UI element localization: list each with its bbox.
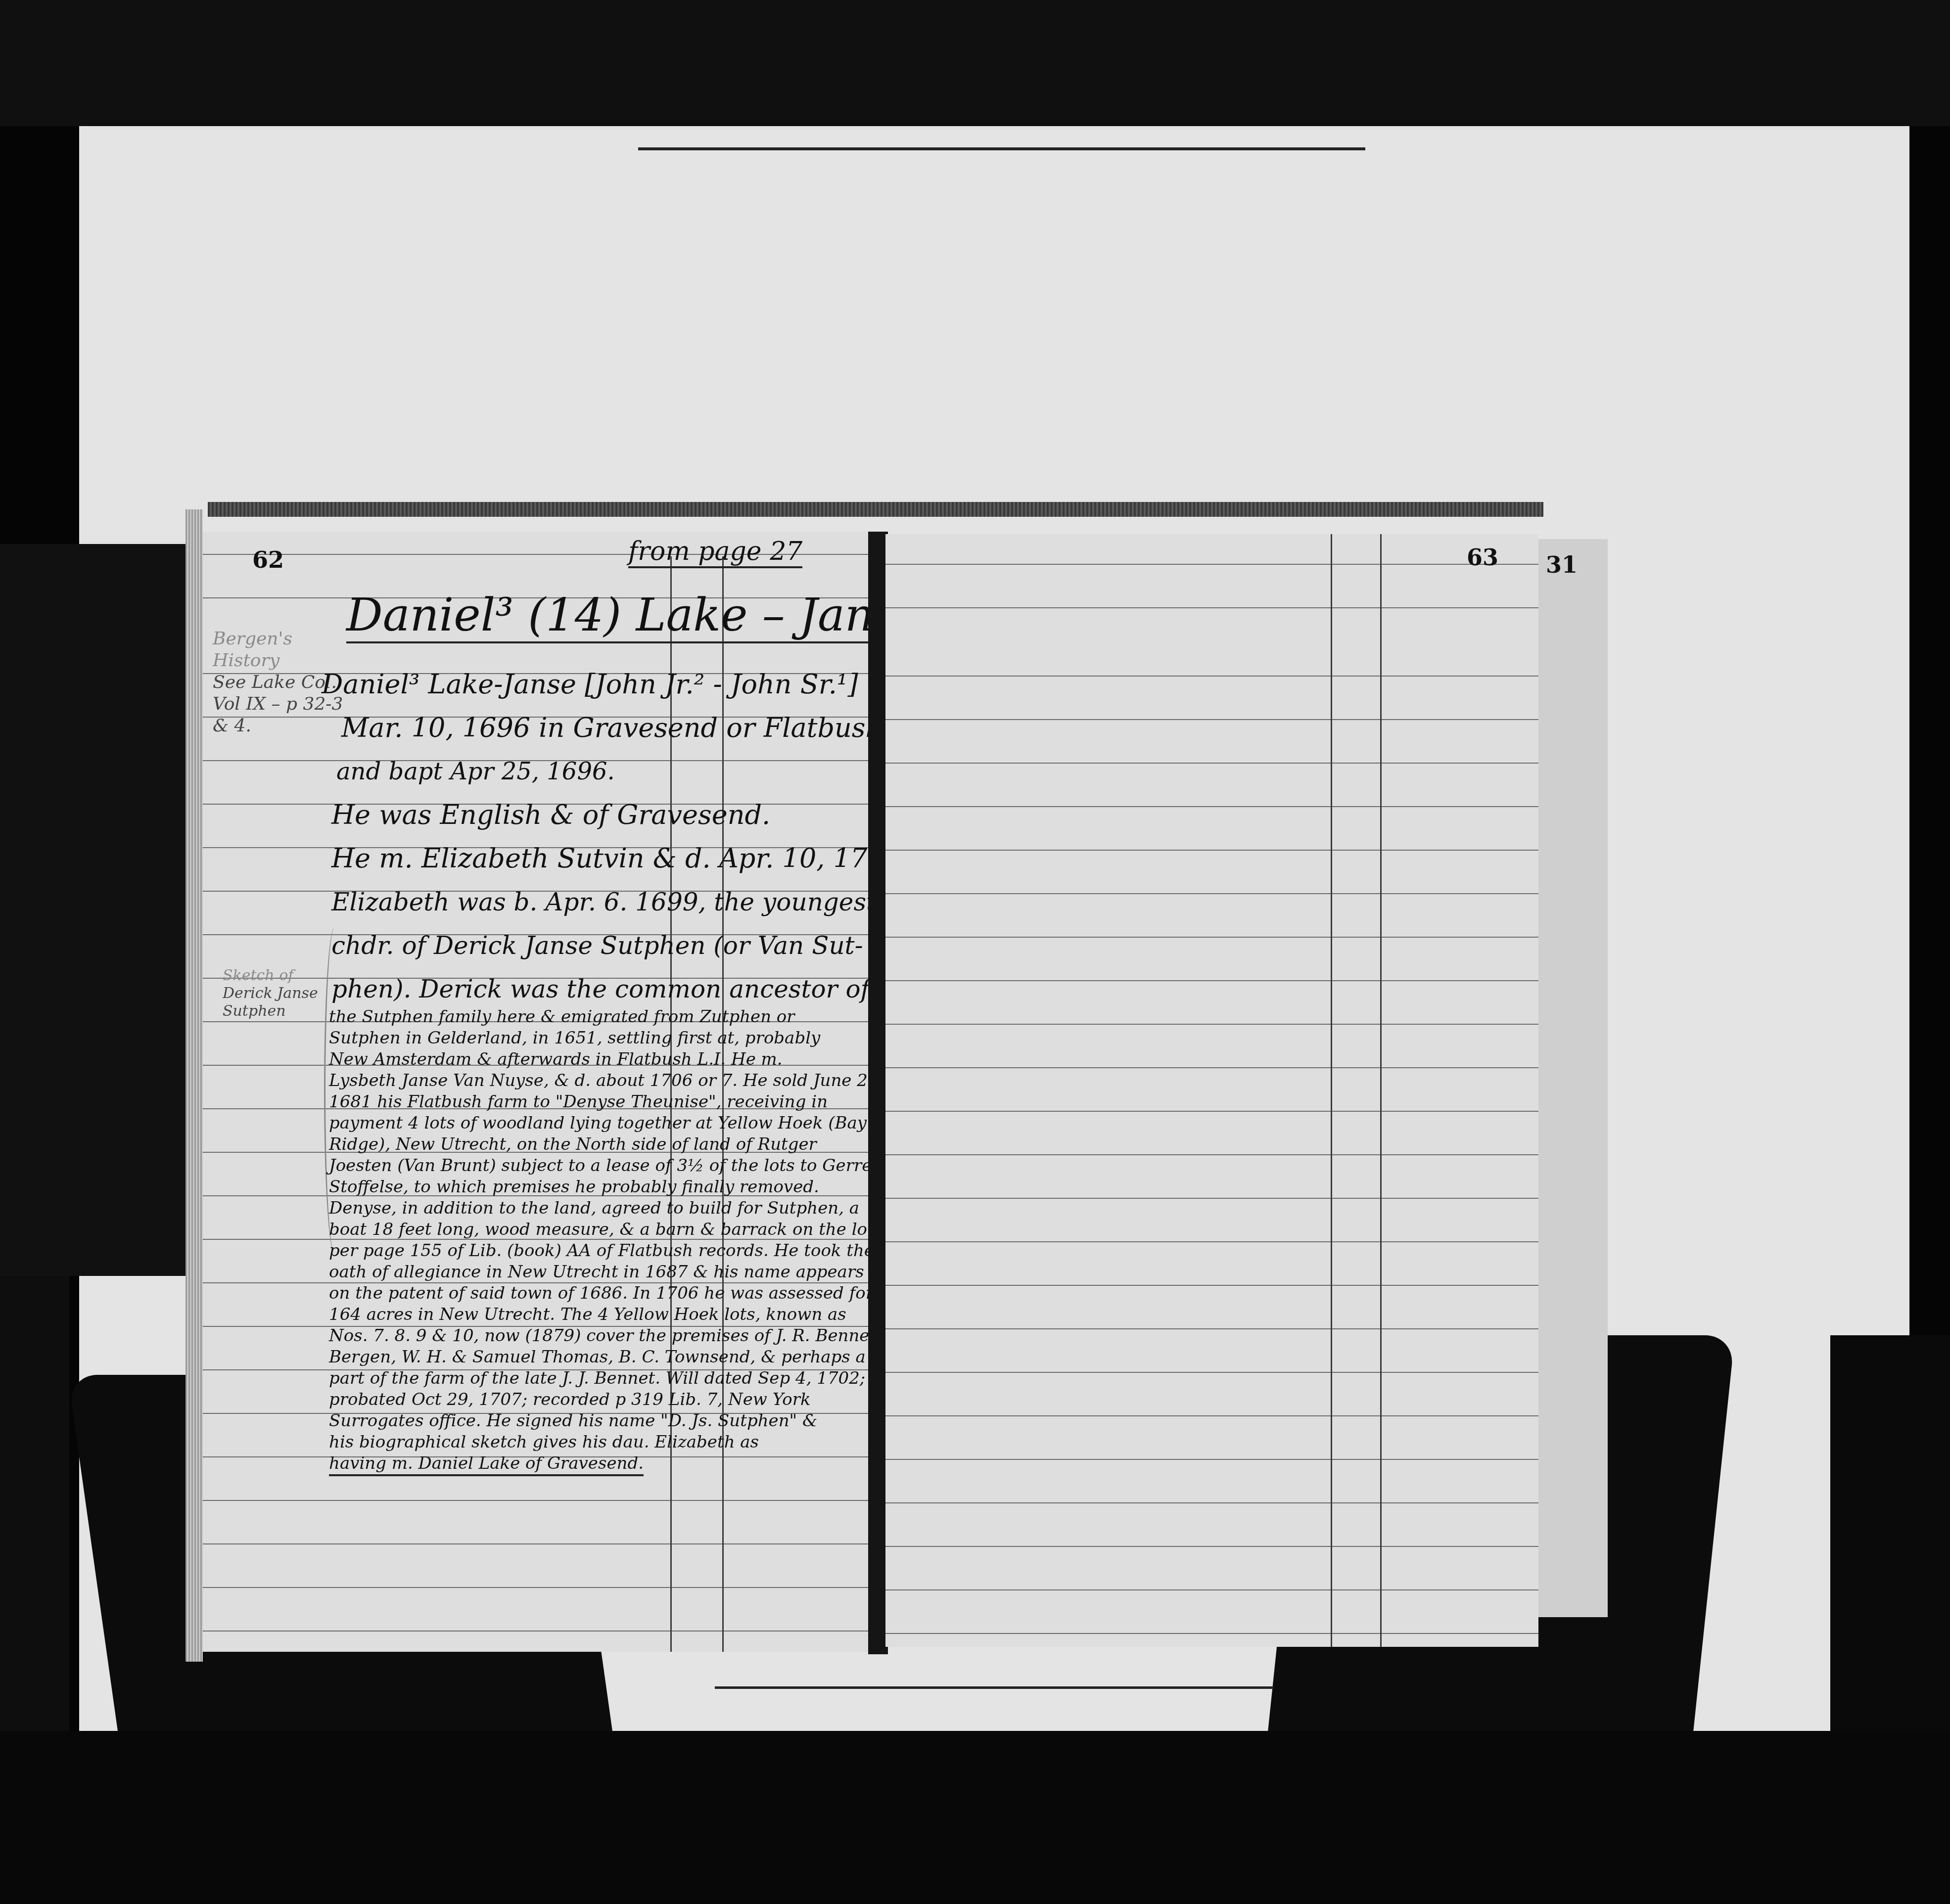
cross-reference: from page 27 <box>628 537 802 568</box>
sketch-line: Ridge), New Utrecht, on the North side o… <box>329 1134 921 1155</box>
column-rule-2 <box>1380 534 1382 1647</box>
entry-body: Daniel³ Lake-Janse [John Jr.² - John Sr.… <box>322 663 953 1011</box>
mount-rule-bottom <box>715 1686 1274 1689</box>
entry-line: He m. Elizabeth Sutvin & d. Apr. 10, 177… <box>322 837 953 880</box>
sketch-line: New Amsterdam & afterwards in Flatbush L… <box>329 1049 921 1070</box>
margin-note-line: Bergen's <box>213 628 343 650</box>
entry-title: Daniel³ (14) Lake – Janse <box>346 589 925 643</box>
sketch-line: Joesten (Van Brunt) subject to a lease o… <box>329 1155 921 1177</box>
entry-line: phen). Derick was the common ancestor of <box>322 967 953 1011</box>
book-gutter <box>868 532 888 1654</box>
margin-note-line: Derick Janse <box>223 985 318 1002</box>
sketch-line: Denyse, in addition to the land, agreed … <box>329 1198 921 1219</box>
column-rule-1 <box>1331 534 1332 1647</box>
sketch-line: payment 4 lots of woodland lying togethe… <box>329 1113 921 1134</box>
book-page-edges <box>186 509 203 1662</box>
entry-line: Elizabeth was b. Apr. 6. 1699, the young… <box>322 880 953 924</box>
sketch-line: 1681 his Flatbush farm to "Denyse Theuni… <box>329 1091 921 1113</box>
right-page: 63 <box>885 534 1538 1647</box>
sketch-line: boat 18 feet long, wood measure, & a bar… <box>329 1219 921 1240</box>
scan-frame-top <box>0 0 1950 126</box>
entry-line: Daniel³ Lake-Janse [John Jr.² - John Sr.… <box>322 663 953 706</box>
book-cover-top-edge <box>208 502 1543 517</box>
sketch-line: 164 acres in New Utrecht. The 4 Yellow H… <box>329 1304 921 1325</box>
sketch-line: Sutphen in Gelderland, in 1651, settling… <box>329 1028 921 1049</box>
entry-line: and bapt Apr 25, 1696. <box>322 750 953 793</box>
sketch-line: Nos. 7. 8. 9 & 10, now (1879) cover the … <box>329 1325 921 1347</box>
sketch-line: on the patent of said town of 1686. In 1… <box>329 1283 921 1304</box>
edge-page-number: 31 <box>1546 551 1578 578</box>
next-page-edge: 31 <box>1538 539 1608 1617</box>
left-page: 62 from page 27 Daniel³ (14) Lake – Jans… <box>203 532 868 1652</box>
sketch-paragraph: the Sutphen family here & emigrated from… <box>329 1006 921 1476</box>
sketch-line: part of the farm of the late J. J. Benne… <box>329 1368 921 1389</box>
page-number: 63 <box>1467 544 1498 571</box>
scan-shadow-left-lower <box>0 1276 69 1770</box>
mount-rule-top <box>638 147 1365 150</box>
entry-line: chdr. of Derick Janse Sutphen (or Van Su… <box>322 924 953 967</box>
scan-shadow-left <box>0 544 186 1276</box>
entry-line: He was English & of Gravesend. <box>322 793 953 837</box>
sketch-line: Bergen, W. H. & Samuel Thomas, B. C. Tow… <box>329 1347 921 1368</box>
sketch-line: having m. Daniel Lake of Gravesend. <box>329 1453 644 1476</box>
page-number: 62 <box>252 546 284 573</box>
sketch-line: the Sutphen family here & emigrated from… <box>329 1006 921 1028</box>
sketch-line: oath of allegiance in New Utrecht in 168… <box>329 1262 921 1283</box>
margin-note-line: Sutphen <box>223 1002 318 1020</box>
sketch-line: Lysbeth Janse Van Nuyse, & d. about 1706… <box>329 1070 921 1091</box>
sketch-line: his biographical sketch gives his dau. E… <box>329 1432 921 1453</box>
sketch-line: Surrogates office. He signed his name "D… <box>329 1410 921 1432</box>
sketch-line: Stoffelse, to which premises he probably… <box>329 1177 921 1198</box>
sketch-line: probated Oct 29, 1707; recorded p 319 Li… <box>329 1389 921 1410</box>
scan-frame-bottom <box>0 1731 1950 1904</box>
margin-note-sketch: Sketch of Derick Janse Sutphen <box>223 967 318 1020</box>
margin-note-line: Sketch of <box>223 967 318 985</box>
entry-line: Mar. 10, 1696 in Gravesend or Flatbush. … <box>322 706 953 750</box>
sketch-line: per page 155 of Lib. (book) AA of Flatbu… <box>329 1240 921 1262</box>
